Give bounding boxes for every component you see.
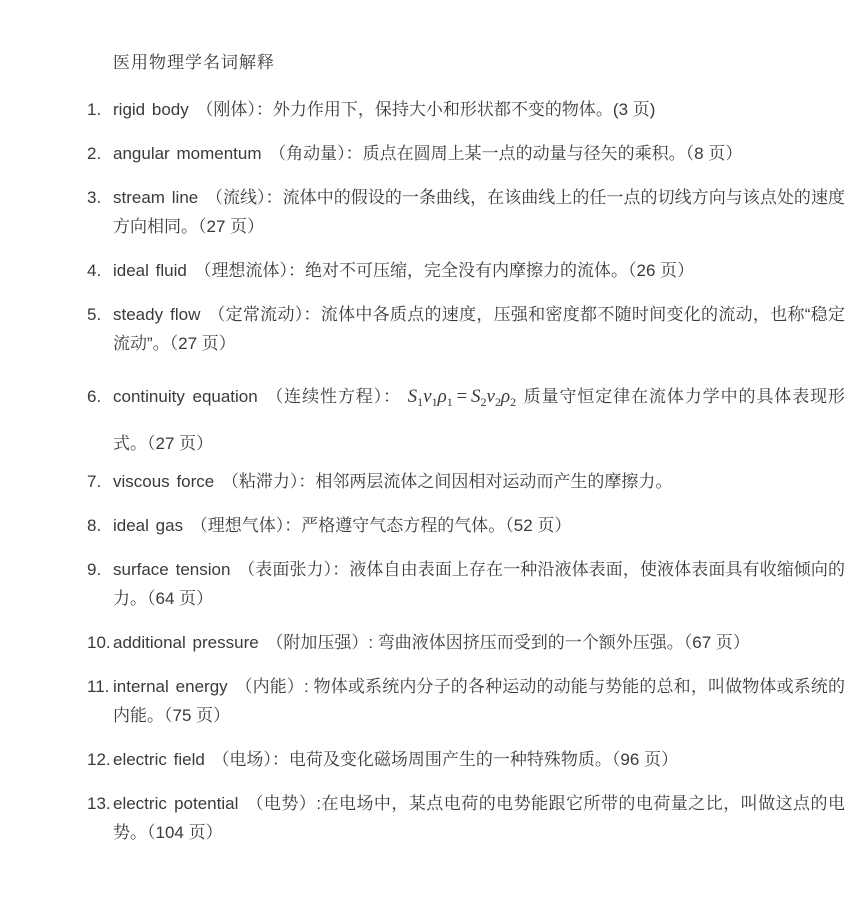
term-item-7: 7.viscous force（粘滞力）：相邻两层流体之间因相对运动而产生的摩擦… <box>87 467 845 496</box>
term-en: surface tension <box>113 560 230 579</box>
term-list: 1.rigid body（刚体）：外力作用下，保持大小和形状都不变的物体。(3 … <box>87 95 845 847</box>
item-number: 8. <box>87 511 111 540</box>
term-item-3: 3.stream line（流线）：流体中的假设的一条曲线，在该曲线上的任一点的… <box>87 183 845 241</box>
term-en: continuity equation <box>113 387 258 406</box>
item-number: 4. <box>87 256 111 285</box>
item-number: 10. <box>87 628 111 657</box>
term-definition-before: （连续性方程）： <box>265 387 401 406</box>
page-title: 医用物理学名词解释 <box>113 48 846 77</box>
term-definition: （附加压强）: 弯曲液体因挤压而受到的一个额外压强。（67 页） <box>266 633 750 652</box>
term-definition: （定常流动）：流体中各质点的速度，压强和密度都不随时间变化的流动，也称“稳定流动… <box>113 305 845 353</box>
term-en: stream line <box>113 188 198 207</box>
item-number: 2. <box>87 139 111 168</box>
formula-symbol: S <box>408 386 418 407</box>
term-en: electric field <box>113 750 205 769</box>
item-number: 13. <box>87 789 111 818</box>
term-en: ideal fluid <box>113 261 187 280</box>
formula-symbol: v <box>487 386 495 407</box>
term-en: steady flow <box>113 305 200 324</box>
term-item-13: 13.electric potential（电势）:在电场中，某点电荷的电势能跟… <box>87 789 845 847</box>
term-definition: （电场）：电荷及变化磁场周围产生的一种特殊物质。（96 页） <box>212 750 678 769</box>
item-number: 6. <box>87 373 111 420</box>
term-en: ideal gas <box>113 516 183 535</box>
formula-subscript: 2 <box>510 395 516 409</box>
term-definition: （理想流体）：绝对不可压缩，完全没有内摩擦力的流体。（26 页） <box>195 261 695 280</box>
term-en: electric potential <box>113 794 238 813</box>
term-en: rigid body <box>113 100 189 119</box>
term-en: additional pressure <box>113 633 259 652</box>
item-number: 3. <box>87 183 111 212</box>
item-number: 7. <box>87 467 111 496</box>
item-number: 11. <box>87 672 111 701</box>
continuity-equation-formula: S1v1ρ1=S2v2ρ2 <box>408 386 516 407</box>
term-definition: （角动量）：质点在圆周上某一点的动量与径矢的乘积。（8 页） <box>269 144 742 163</box>
term-item-9: 9.surface tension（表面张力）：液体自由表面上存在一种沿液体表面… <box>87 555 845 613</box>
term-item-12: 12.electric field（电场）：电荷及变化磁场周围产生的一种特殊物质… <box>87 745 845 774</box>
term-item-10: 10.additional pressure（附加压强）: 弯曲液体因挤压而受到… <box>87 628 845 657</box>
term-item-2: 2.angular momentum（角动量）：质点在圆周上某一点的动量与径矢的… <box>87 139 845 168</box>
item-number: 5. <box>87 300 111 329</box>
term-item-11: 11.internal energy（内能）: 物体或系统内分子的各种运动的动能… <box>87 672 845 730</box>
term-en: viscous force <box>113 472 214 491</box>
term-en: angular momentum <box>113 144 262 163</box>
term-definition: （刚体）：外力作用下，保持大小和形状都不变的物体。(3 页) <box>196 100 655 119</box>
term-item-8: 8.ideal gas（理想气体）：严格遵守气态方程的气体。（52 页） <box>87 511 845 540</box>
formula-symbol: v <box>423 386 431 407</box>
term-definition: （粘滞力）：相邻两层流体之间因相对运动而产生的摩擦力。 <box>222 472 673 491</box>
formula-symbol: ρ <box>438 386 447 407</box>
formula-equals: = <box>457 386 468 407</box>
term-definition: （理想气体）：严格遵守气态方程的气体。（52 页） <box>191 516 572 535</box>
term-en: internal energy <box>113 677 228 696</box>
item-number: 9. <box>87 555 111 584</box>
formula-symbol: ρ <box>501 386 510 407</box>
item-number: 12. <box>87 745 111 774</box>
formula-subscript: 1 <box>447 395 453 409</box>
term-item-1: 1.rigid body（刚体）：外力作用下，保持大小和形状都不变的物体。(3 … <box>87 95 845 124</box>
term-item-4: 4.ideal fluid（理想流体）：绝对不可压缩，完全没有内摩擦力的流体。（… <box>87 256 845 285</box>
document-page: 医用物理学名词解释 1.rigid body（刚体）：外力作用下，保持大小和形状… <box>0 0 866 915</box>
item-number: 1. <box>87 95 111 124</box>
term-definition: （流线）：流体中的假设的一条曲线，在该曲线上的任一点的切线方向与该点处的速度方向… <box>113 188 845 236</box>
formula-symbol: S <box>471 386 481 407</box>
term-item-6: 6.continuity equation（连续性方程）：S1v1ρ1=S2v2… <box>87 373 845 467</box>
term-item-5: 5.steady flow（定常流动）：流体中各质点的速度，压强和密度都不随时间… <box>87 300 845 358</box>
